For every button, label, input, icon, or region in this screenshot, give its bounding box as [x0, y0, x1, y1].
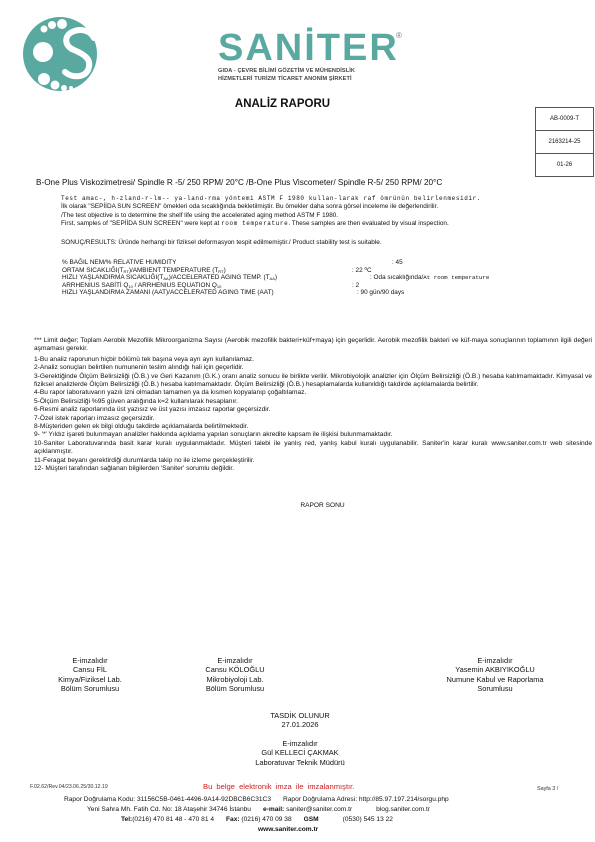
note-item: 10-Saniter Laboratuvarında basit karar k… — [34, 440, 592, 457]
report-notes: *** Limit değer; Toplam Aerobik Mezofili… — [34, 337, 592, 474]
test-method: B-One Plus Viskozimetresi/ Spindle R -5/… — [36, 178, 442, 187]
company-logo — [22, 2, 102, 102]
note-item: 11-Feragat beyanı gerektirdiği durumlard… — [34, 457, 592, 465]
approval-date: 27.01.2026 — [200, 720, 400, 729]
address: Yeni Sahra Mh. Fatih Cd. No: 18 Ataşehir… — [87, 806, 251, 813]
brand-name: SANİTER — [218, 29, 418, 67]
note-item: 3-Gerektiğinde Ölçüm Belirsizliği (Ö.B.)… — [34, 373, 592, 390]
verification-line: Rapor Doğrulama Kodu: 31156C5B-0461-4496… — [64, 795, 449, 805]
page-number: Sayfa 3 / — [537, 786, 558, 792]
signature-microbiology: E-imzalıdır Cansu KÖLOĞLU Mikrobiyoloji … — [175, 656, 295, 694]
report-number: 2163214-25 — [536, 131, 594, 154]
gsm: (0530) 545 13 22 — [343, 816, 393, 823]
note-item: 2-Analiz sonuçları belirtilen numunenin … — [34, 364, 592, 372]
saniter-logo-icon — [22, 2, 102, 102]
note-item: 9- '*' Yıldız işareti bulunmayan analizl… — [34, 431, 592, 439]
page-title: ANALİZ RAPORU — [0, 98, 595, 110]
note-item: 5-Ölçüm Belirsizliği %95 güven aralığınd… — [34, 398, 592, 406]
reference-code: AB-0009-T — [536, 108, 594, 131]
param-value: : 2 — [352, 282, 359, 290]
phone: (0216) 470 81 48 - 470 81 4 — [132, 816, 214, 823]
result-statement: SONUÇ/RESULTS: Üründe herhangi bir fizik… — [61, 239, 382, 246]
param-value: : 45 — [392, 259, 403, 267]
fax: (0216) 470 09 38 — [241, 816, 291, 823]
test-description: Test amac-, h-zland-r-lm-- ya-land-rma y… — [61, 195, 481, 228]
note-item: 1-Bu analiz raporunun hiçbir bölümü tek … — [34, 356, 592, 364]
param-value: : 90 gün/90 days — [357, 289, 404, 297]
email-link[interactable]: saniter@saniter.com.tr — [286, 806, 352, 813]
brand-block: SANİTER ® GIDA - ÇEVRE BİLİMİ GÖZETİM VE… — [218, 29, 418, 83]
address-line: Yeni Sahra Mh. Fatih Cd. No: 18 Ataşehir… — [87, 805, 430, 815]
signature-chemistry: E-imzalıdır Cansu FİL Kimya/Fiziksel Lab… — [40, 656, 140, 694]
param-aging-temp: HIZLI YAŞLANDIRMA SICAKLIĞI(TAA)/ACCELER… — [62, 274, 277, 282]
report-end: RAPOR SONU — [0, 502, 595, 509]
website-link[interactable]: www.saniter.com.tr — [258, 825, 318, 835]
signer-name: Cansu FİL — [40, 665, 140, 674]
approval-label: TASDİK OLUNUR — [200, 711, 400, 720]
note-item: 7-Özel istek raporları imzasız geçersizd… — [34, 415, 592, 423]
param-value: : 22 ⁰C — [352, 267, 372, 275]
signature-sample-reception: E-imzalıdır Yasemin AKBIYIKOĞLU Numune K… — [420, 656, 570, 694]
form-code: F.02.62/Rev.04/23.06.25/30.12.19 — [30, 784, 108, 790]
param-value: : Oda sıcaklığında/At room temperature — [370, 274, 489, 282]
procedure-tr: İlk olarak "SEPİİDA SUN SCREEN" ömekleri… — [61, 203, 481, 211]
param-aging-time: HIZLI YAŞLANDIRMA ZAMANI (AAT)/ACCELERAT… — [62, 289, 277, 297]
param-humidity: % BAĞIL NEM/% RELATIVE HUMIDITY : 45 — [62, 259, 277, 267]
test-parameters: % BAĞIL NEM/% RELATIVE HUMIDITY : 45 ORT… — [62, 259, 277, 297]
contact-line: Tel:(0216) 470 81 48 - 470 81 4Fax: (021… — [121, 815, 393, 825]
blog-link[interactable]: blog.saniter.com.tr — [376, 806, 430, 813]
note-item: 12- Müşteri tarafından sağlanan bilgiler… — [34, 465, 592, 473]
signer-name: Yasemin AKBIYIKOĞLU — [420, 665, 570, 674]
objective-en: /The test objective is to determine the … — [61, 212, 481, 220]
signer-name: Cansu KÖLOĞLU — [175, 665, 295, 674]
procedure-en: First, samples of "SEPİİDA SUN SCREEN" w… — [61, 220, 481, 228]
param-arrhenius: ARRHENIUS SABİTİ Q10 / ARRHENIUS EQUATIO… — [62, 282, 277, 290]
note-item: 8-Müşteriden gelen ek bilgi olduğu takdi… — [34, 423, 592, 431]
verification-code: 31156C5B-0461-4496-9A14-92DBCB6C31C3 — [137, 796, 271, 803]
registered-mark: ® — [396, 31, 402, 40]
reference-box: AB-0009-T 2163214-25 01-26 — [535, 107, 594, 177]
approval-block: TASDİK OLUNUR 27.01.2026 E-imzalıdır Gül… — [200, 711, 400, 767]
verification-url-link[interactable]: http://85.97.197.214/sorgu.php — [359, 796, 449, 803]
date-code: 01-26 — [536, 154, 594, 177]
brand-subtitle-2: HİZMETLERİ TURİZM TİCARET ANONİM ŞİRKETİ — [218, 75, 418, 83]
note-item: 4-Bu rapor laboratuvarın yazılı izni olm… — [34, 389, 592, 397]
approver-name: Gül KELLECİ ÇAKMAK — [200, 748, 400, 757]
esign-notice: Bu belge elektronik imza ile imzalanmışt… — [203, 782, 354, 791]
limit-note: *** Limit değer; Toplam Aerobik Mezofili… — [34, 337, 592, 354]
note-item: 6-Resmi analiz raporlarında üst yazısız … — [34, 406, 592, 414]
